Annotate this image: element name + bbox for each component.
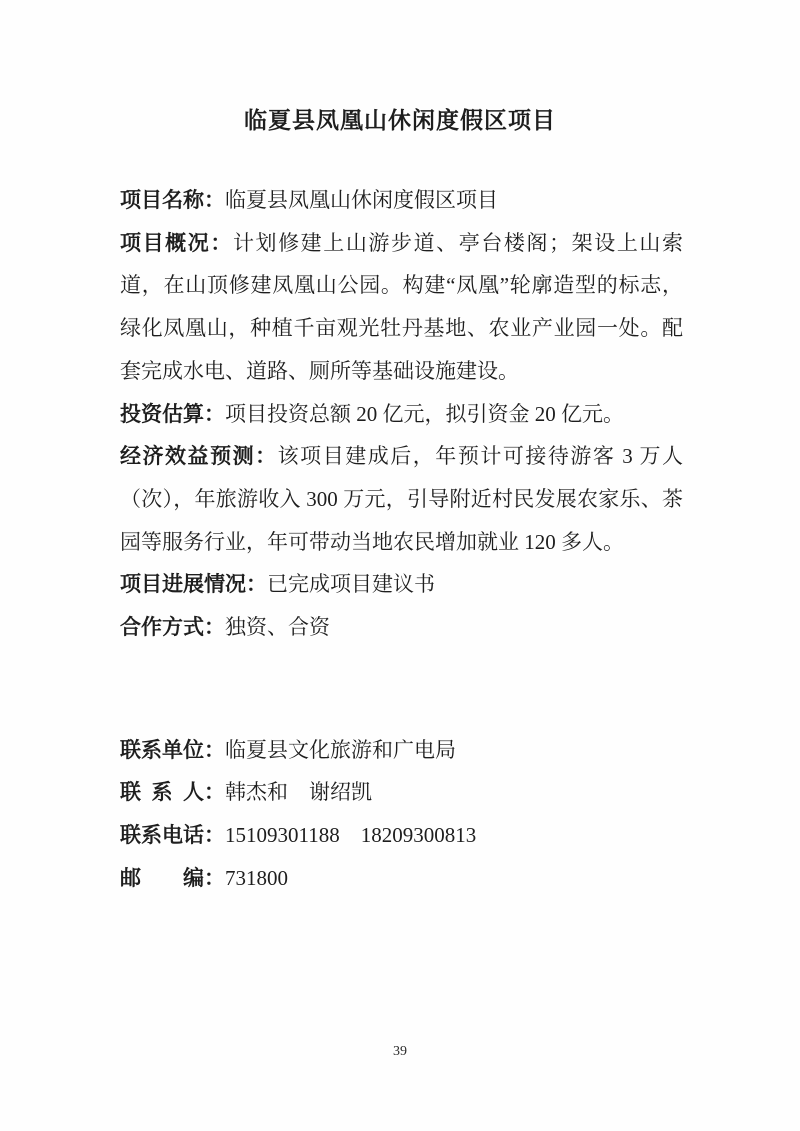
contact-section: 联系单位：临夏县文化旅游和广电局 联系人：韩杰和 谢绍凯 联系电话：151093… bbox=[120, 729, 683, 900]
contact-row-unit: 联系单位：临夏县文化旅游和广电局 bbox=[120, 729, 683, 772]
field-row-overview: 项目概况：计划修建上山游步道、亭台楼阁；架设上山索道，在山顶修建凤凰山公园。构建… bbox=[120, 222, 683, 393]
contact-colon: ： bbox=[204, 823, 225, 847]
contact-value: 临夏县文化旅游和广电局 bbox=[225, 738, 456, 762]
project-fields-section: 项目名称：临夏县凤凰山休闲度假区项目 项目概况：计划修建上山游步道、亭台楼阁；架… bbox=[120, 179, 683, 649]
contact-colon: ： bbox=[204, 738, 225, 762]
field-colon: ： bbox=[204, 188, 225, 212]
contact-row-person: 联系人：韩杰和 谢绍凯 bbox=[120, 771, 683, 814]
field-value: 临夏县凤凰山休闲度假区项目 bbox=[225, 188, 498, 212]
page-number: 39 bbox=[0, 1044, 800, 1060]
field-colon: ： bbox=[204, 615, 225, 639]
field-colon: ： bbox=[255, 444, 278, 468]
field-row-project-name: 项目名称：临夏县凤凰山休闲度假区项目 bbox=[120, 179, 683, 222]
contact-value: 731800 bbox=[225, 866, 288, 890]
contact-label: 邮编 bbox=[120, 857, 204, 900]
field-row-cooperation-mode: 合作方式：独资、合资 bbox=[120, 606, 683, 649]
field-value: 独资、合资 bbox=[225, 615, 330, 639]
field-value: 项目投资总额 20 亿元，拟引资金 20 亿元。 bbox=[225, 402, 624, 426]
field-label: 项目名称 bbox=[120, 188, 204, 212]
contact-colon: ： bbox=[204, 866, 225, 890]
contact-label: 联系单位 bbox=[120, 729, 204, 772]
document-content: 项目名称：临夏县凤凰山休闲度假区项目 项目概况：计划修建上山游步道、亭台楼阁；架… bbox=[0, 179, 800, 900]
field-label: 合作方式 bbox=[120, 615, 204, 639]
field-label: 项目进展情况 bbox=[120, 572, 246, 596]
document-title: 临夏县凤凰山休闲度假区项目 bbox=[0, 0, 800, 133]
contact-value: 韩杰和 谢绍凯 bbox=[225, 780, 372, 804]
field-value: 已完成项目建议书 bbox=[267, 572, 435, 596]
field-colon: ： bbox=[204, 402, 225, 426]
contact-value: 15109301188 18209300813 bbox=[225, 823, 476, 847]
field-row-investment-estimate: 投资估算：项目投资总额 20 亿元，拟引资金 20 亿元。 bbox=[120, 393, 683, 436]
field-label: 经济效益预测 bbox=[120, 444, 255, 468]
contact-label: 联系电话 bbox=[120, 814, 204, 857]
contact-row-phone: 联系电话：15109301188 18209300813 bbox=[120, 814, 683, 857]
field-row-progress-status: 项目进展情况：已完成项目建议书 bbox=[120, 563, 683, 606]
field-colon: ： bbox=[246, 572, 267, 596]
field-label: 项目概况 bbox=[120, 231, 210, 255]
contact-label: 联系人 bbox=[120, 771, 204, 814]
field-label: 投资估算 bbox=[120, 402, 204, 426]
field-row-economic-benefit-forecast: 经济效益预测：该项目建成后，年预计可接待游客 3 万人（次），年旅游收入 300… bbox=[120, 435, 683, 563]
contact-colon: ： bbox=[204, 780, 225, 804]
document-page: 临夏县凤凰山休闲度假区项目 项目名称：临夏县凤凰山休闲度假区项目 项目概况：计划… bbox=[0, 0, 800, 1131]
field-colon: ： bbox=[210, 231, 233, 255]
contact-row-postcode: 邮编：731800 bbox=[120, 857, 683, 900]
